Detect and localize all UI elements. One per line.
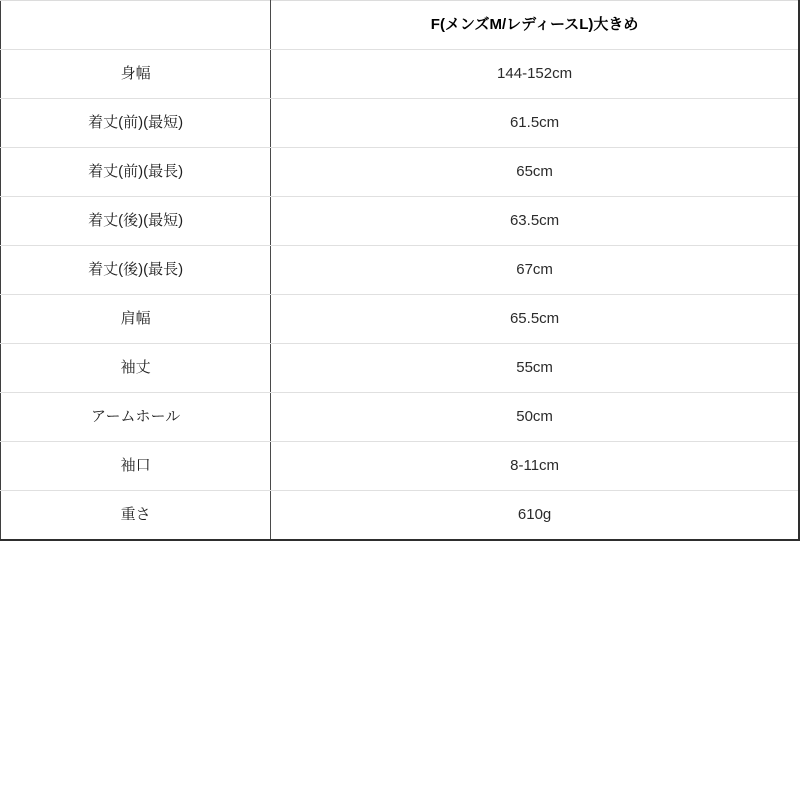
measurement-value: 63.5cm	[271, 197, 799, 246]
table-row: 着丈(後)(最長) 67cm	[1, 246, 800, 295]
measurement-label: 肩幅	[1, 295, 271, 344]
measurement-label: 身幅	[1, 50, 271, 99]
measurement-value: 50cm	[271, 393, 799, 442]
table-row: 袖口 8-11cm	[1, 442, 800, 491]
measurement-label: 着丈(前)(最短)	[1, 99, 271, 148]
table-row: 着丈(前)(最長) 65cm	[1, 148, 800, 197]
size-chart-page: F(メンズM/レディースL)大きめ 身幅 144-152cm 着丈(前)(最短)…	[0, 0, 800, 800]
table-row: 着丈(後)(最短) 63.5cm	[1, 197, 800, 246]
measurement-value: 8-11cm	[271, 442, 799, 491]
table-row: 着丈(前)(最短) 61.5cm	[1, 99, 800, 148]
measurement-label: 袖丈	[1, 344, 271, 393]
size-table-header-row: F(メンズM/レディースL)大きめ	[1, 1, 800, 50]
table-row: 肩幅 65.5cm	[1, 295, 800, 344]
table-row: 身幅 144-152cm	[1, 50, 800, 99]
measurement-label: 着丈(後)(最長)	[1, 246, 271, 295]
measurement-value: 67cm	[271, 246, 799, 295]
table-row: 重さ 610g	[1, 491, 800, 540]
size-column-header: F(メンズM/レディースL)大きめ	[271, 1, 799, 50]
size-table-body: 身幅 144-152cm 着丈(前)(最短) 61.5cm 着丈(前)(最長) …	[1, 50, 800, 540]
measurement-label: 袖口	[1, 442, 271, 491]
measurement-value: 610g	[271, 491, 799, 540]
table-row: 袖丈 55cm	[1, 344, 800, 393]
measurement-value: 144-152cm	[271, 50, 799, 99]
measurement-label: 着丈(前)(最長)	[1, 148, 271, 197]
measurement-value: 65cm	[271, 148, 799, 197]
table-row: アームホール 50cm	[1, 393, 800, 442]
size-table: F(メンズM/レディースL)大きめ 身幅 144-152cm 着丈(前)(最短)…	[0, 0, 800, 541]
measurement-value: 65.5cm	[271, 295, 799, 344]
measurement-label: アームホール	[1, 393, 271, 442]
measurement-value: 55cm	[271, 344, 799, 393]
measurement-value: 61.5cm	[271, 99, 799, 148]
corner-cell	[1, 1, 271, 50]
measurement-label: 着丈(後)(最短)	[1, 197, 271, 246]
measurement-label: 重さ	[1, 491, 271, 540]
